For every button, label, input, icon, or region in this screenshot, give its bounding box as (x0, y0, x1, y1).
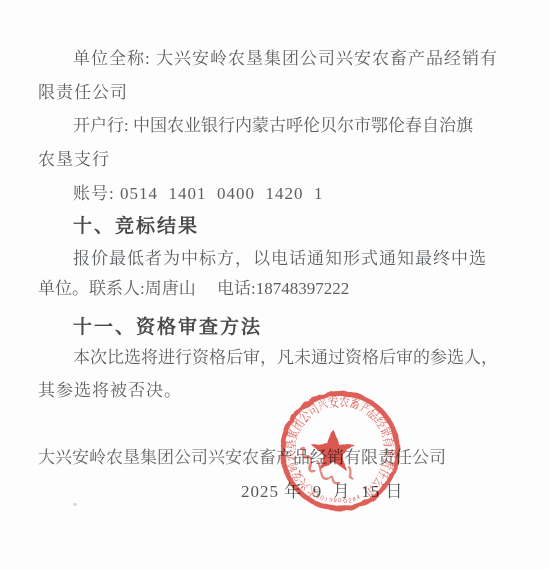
scan-speck (73, 503, 77, 506)
section-10-body-2: 单位。联系人:周唐山 电话:18748397222 (38, 277, 349, 301)
section-11-heading: 十一、资格审查方法 (73, 316, 262, 340)
section-11-body-1: 本次比选将进行资格后审，凡未通过资格后审的参选人， (73, 346, 498, 370)
section-10-heading: 十、竞标结果 (73, 215, 199, 239)
unit-name-line-2: 限责任公司 (38, 81, 128, 105)
account-number-line: 账号: 0514 1401 0400 1420 1 (73, 182, 323, 206)
section-11-body-2: 其参选将被否决。 (38, 379, 182, 403)
signature-company-line: 大兴安岭农垦集团公司兴安农畜产品经销有限责任公司 (38, 446, 446, 470)
document-page: 单位全称: 大兴安岭农垦集团公司兴安农畜产品经销有 限责任公司 开户行: 中国农… (0, 0, 549, 569)
unit-name-line-1: 单位全称: 大兴安岭农垦集团公司兴安农畜产品经销有 (73, 47, 498, 71)
date-line: 2025 年 9 月 15 日 (241, 480, 404, 504)
bank-line-1: 开户行: 中国农业银行内蒙古呼伦贝尔市鄂伦春自治旗 (73, 114, 473, 138)
bank-line-2: 农垦支行 (38, 148, 110, 172)
section-10-body-1: 报价最低者为中标方，以电话通知形式通知最终中选 (73, 247, 487, 271)
